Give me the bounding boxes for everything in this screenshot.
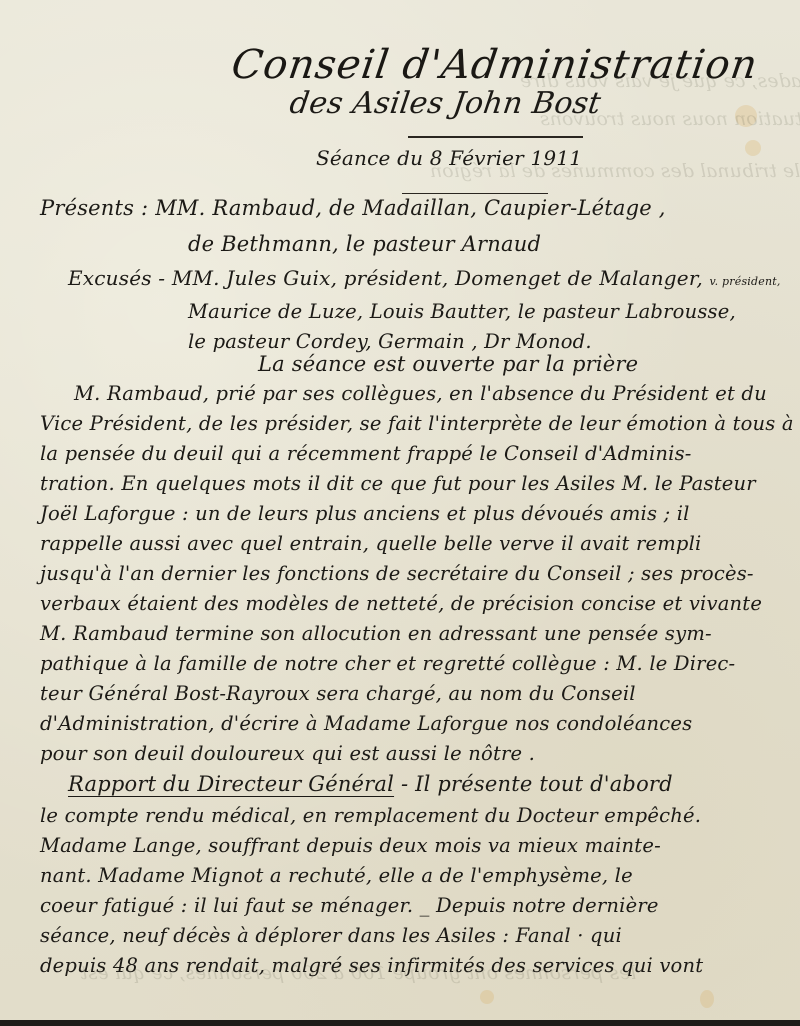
foxing-stain xyxy=(745,140,761,156)
presents-label: Présents : MM. Rambaud, de Madaillan, Ca… xyxy=(40,196,666,220)
excuses-line-3: le pasteur Cordey, Germain , Dr Monod. xyxy=(188,330,592,353)
paragraph-line: pathique à la famille de notre cher et r… xyxy=(40,652,735,675)
paragraph-line: Joël Laforgue : un de leurs plus anciens… xyxy=(40,502,690,525)
manuscript-page: ces enfants malades, ce que je vais vous… xyxy=(0,0,800,1020)
meeting-date: Séance du 8 Février 1911 xyxy=(316,146,582,170)
excuses-line-1: MM. Jules Guix, président, Domenget de M… xyxy=(172,266,703,290)
paragraph-line: rappelle aussi avec quel entrain, quelle… xyxy=(40,532,701,555)
title-divider xyxy=(408,136,583,138)
document-title: Conseil d'Administration xyxy=(229,42,761,88)
report-heading-row: Rapport du Directeur Général - Il présen… xyxy=(68,772,673,796)
excuses-label: Excusés - xyxy=(68,266,165,290)
presents-line-2: de Bethmann, le pasteur Arnaud xyxy=(188,232,541,256)
report-line: Madame Lange, souffrant depuis deux mois… xyxy=(40,834,661,857)
foxing-stain xyxy=(700,990,714,1008)
paragraph-line: Vice Président, de les présider, se fait… xyxy=(40,412,794,435)
report-line: coeur fatigué : il lui faut se ménager. … xyxy=(40,894,659,917)
report-line: séance, neuf décès à déplorer dans les A… xyxy=(40,924,622,947)
paragraph-line: verbaux étaient des modèles de netteté, … xyxy=(40,592,762,615)
paragraph-line: M. Rambaud termine son allocution en adr… xyxy=(40,622,712,645)
scan-bottom-edge xyxy=(0,1020,800,1026)
foxing-stain xyxy=(480,990,494,1004)
opening-line: La séance est ouverte par la prière xyxy=(258,352,638,376)
presents-line-1: MM. Rambaud, de Madaillan, Caupier-Létag… xyxy=(155,196,665,220)
date-divider xyxy=(402,193,548,194)
paragraph-line: M. Rambaud, prié par ses collègues, en l… xyxy=(74,382,767,405)
report-heading-rest: - Il présente tout d'abord xyxy=(394,772,673,796)
report-line: nant. Madame Mignot a rechuté, elle a de… xyxy=(40,864,633,887)
report-line: le compte rendu médical, en remplacement… xyxy=(40,804,701,827)
paragraph-line: pour son deuil douloureux qui est aussi … xyxy=(40,742,535,765)
report-line: depuis 48 ans rendait, malgré ses infirm… xyxy=(40,954,703,977)
paragraph-line: jusqu'à l'an dernier les fonctions de se… xyxy=(40,562,754,585)
paragraph-line: la pensée du deuil qui a récemment frapp… xyxy=(40,442,692,465)
paragraph-line: d'Administration, d'écrire à Madame Lafo… xyxy=(40,712,692,735)
presents-label-text: Présents : xyxy=(40,196,148,220)
vice-president-note: v. président, xyxy=(710,275,781,288)
report-heading: Rapport du Directeur Général xyxy=(68,772,394,796)
paragraph-line: teur Général Bost-Rayroux sera chargé, a… xyxy=(40,682,636,705)
excuses-line-2: Maurice de Luze, Louis Bautter, le paste… xyxy=(188,300,736,323)
paragraph-line: tration. En quelques mots il dit ce que … xyxy=(40,472,756,495)
excuses-row: Excusés - MM. Jules Guix, président, Dom… xyxy=(68,266,781,290)
document-subtitle: des Asiles John Bost xyxy=(288,86,604,121)
